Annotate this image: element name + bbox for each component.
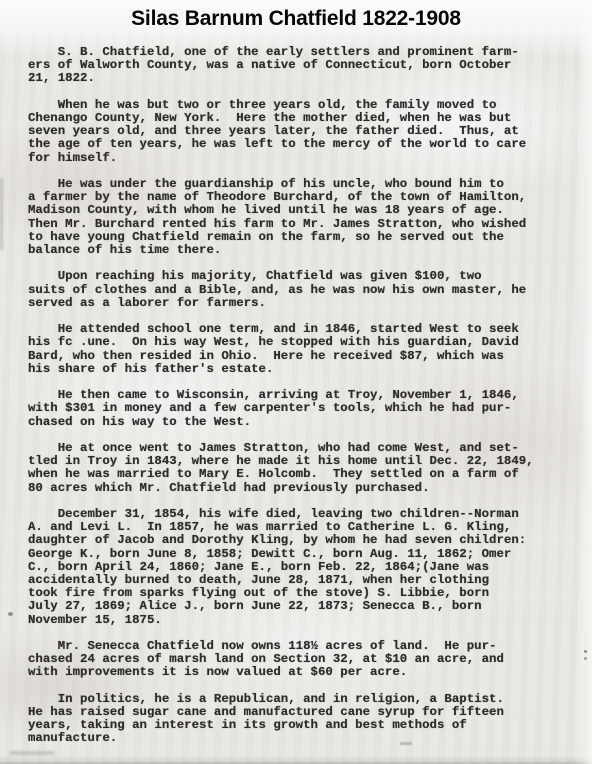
- paragraph-wisconsin: He then came to Wisconsin, arriving at T…: [28, 389, 582, 429]
- document-body: S. B. Chatfield, one of the early settle…: [0, 46, 592, 746]
- paragraph-guardianship: He was under the guardianship of his unc…: [28, 178, 582, 257]
- paragraph-childhood: When he was but two or three years old, …: [28, 99, 582, 165]
- paragraph-went-west: He attended school one term, and in 1846…: [28, 323, 582, 376]
- scan-mark-smear: [10, 751, 54, 755]
- page-title: Silas Barnum Chatfield 1822-1908: [0, 6, 592, 32]
- paragraph-birth: S. B. Chatfield, one of the early settle…: [28, 46, 582, 86]
- paragraph-children: December 31, 1854, his wife died, leavin…: [28, 508, 582, 627]
- paragraph-majority: Upon reaching his majority, Chatfield wa…: [28, 270, 582, 310]
- paragraph-politics-religion: In politics, he is a Republican, and in …: [28, 693, 582, 746]
- scanned-document-page: Silas Barnum Chatfield 1822-1908 S. B. C…: [0, 0, 592, 764]
- paragraph-marriage: He at once went to James Stratton, who h…: [28, 442, 582, 495]
- paragraph-land: Mr. Senecca Chatfield now owns 118½ acre…: [28, 640, 582, 680]
